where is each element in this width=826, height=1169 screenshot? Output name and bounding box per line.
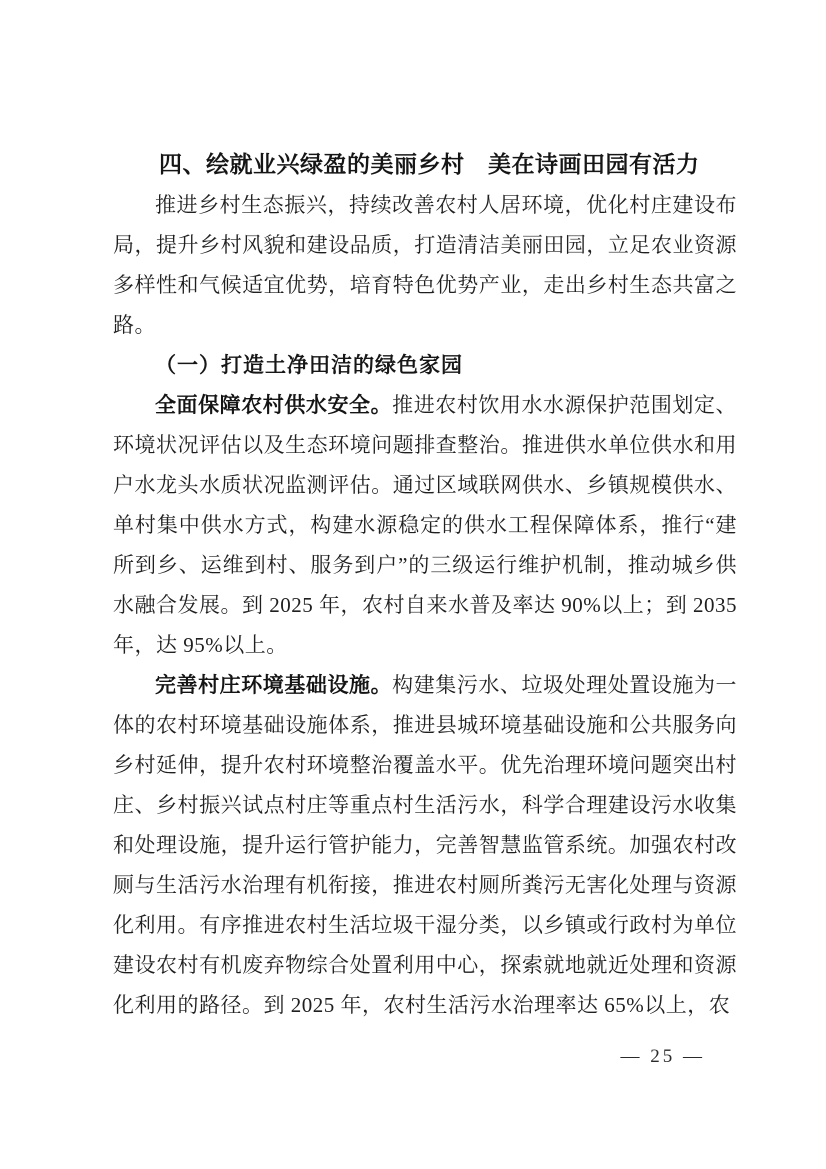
paragraph-water-supply: 全面保障农村供水安全。推进农村饮用水水源保护范围划定、环境状况评估以及生态环境问… <box>113 385 737 665</box>
document-page: 四、绘就业兴绿盈的美丽乡村 美在诗画田园有活力 推进乡村生态振兴，持续改善农村人… <box>0 0 826 1169</box>
subsection-heading: （一）打造土净田洁的绿色家园 <box>113 345 737 385</box>
document-content: 四、绘就业兴绿盈的美丽乡村 美在诗画田园有活力 推进乡村生态振兴，持续改善农村人… <box>113 143 737 1025</box>
paragraph-village-infrastructure: 完善村庄环境基础设施。构建集污水、垃圾处理处置设施为一体的农村环境基础设施体系，… <box>113 665 737 1025</box>
paragraph-lead-village-infrastructure: 完善村庄环境基础设施。 <box>155 673 392 697</box>
paragraph-text-village-infrastructure: 构建集污水、垃圾处理处置设施为一体的农村环境基础设施体系，推进县城环境基础设施和… <box>113 673 737 1017</box>
page-number: — 25 — <box>621 1044 706 1070</box>
section-heading: 四、绘就业兴绿盈的美丽乡村 美在诗画田园有活力 <box>113 143 737 185</box>
paragraph-lead-water-supply: 全面保障农村供水安全。 <box>155 393 392 417</box>
paragraph-text-water-supply: 推进农村饮用水水源保护范围划定、环境状况评估以及生态环境问题排查整治。推进供水单… <box>113 393 737 657</box>
paragraph-intro: 推进乡村生态振兴，持续改善农村人居环境，优化村庄建设布局，提升乡村风貌和建设品质… <box>113 185 737 345</box>
